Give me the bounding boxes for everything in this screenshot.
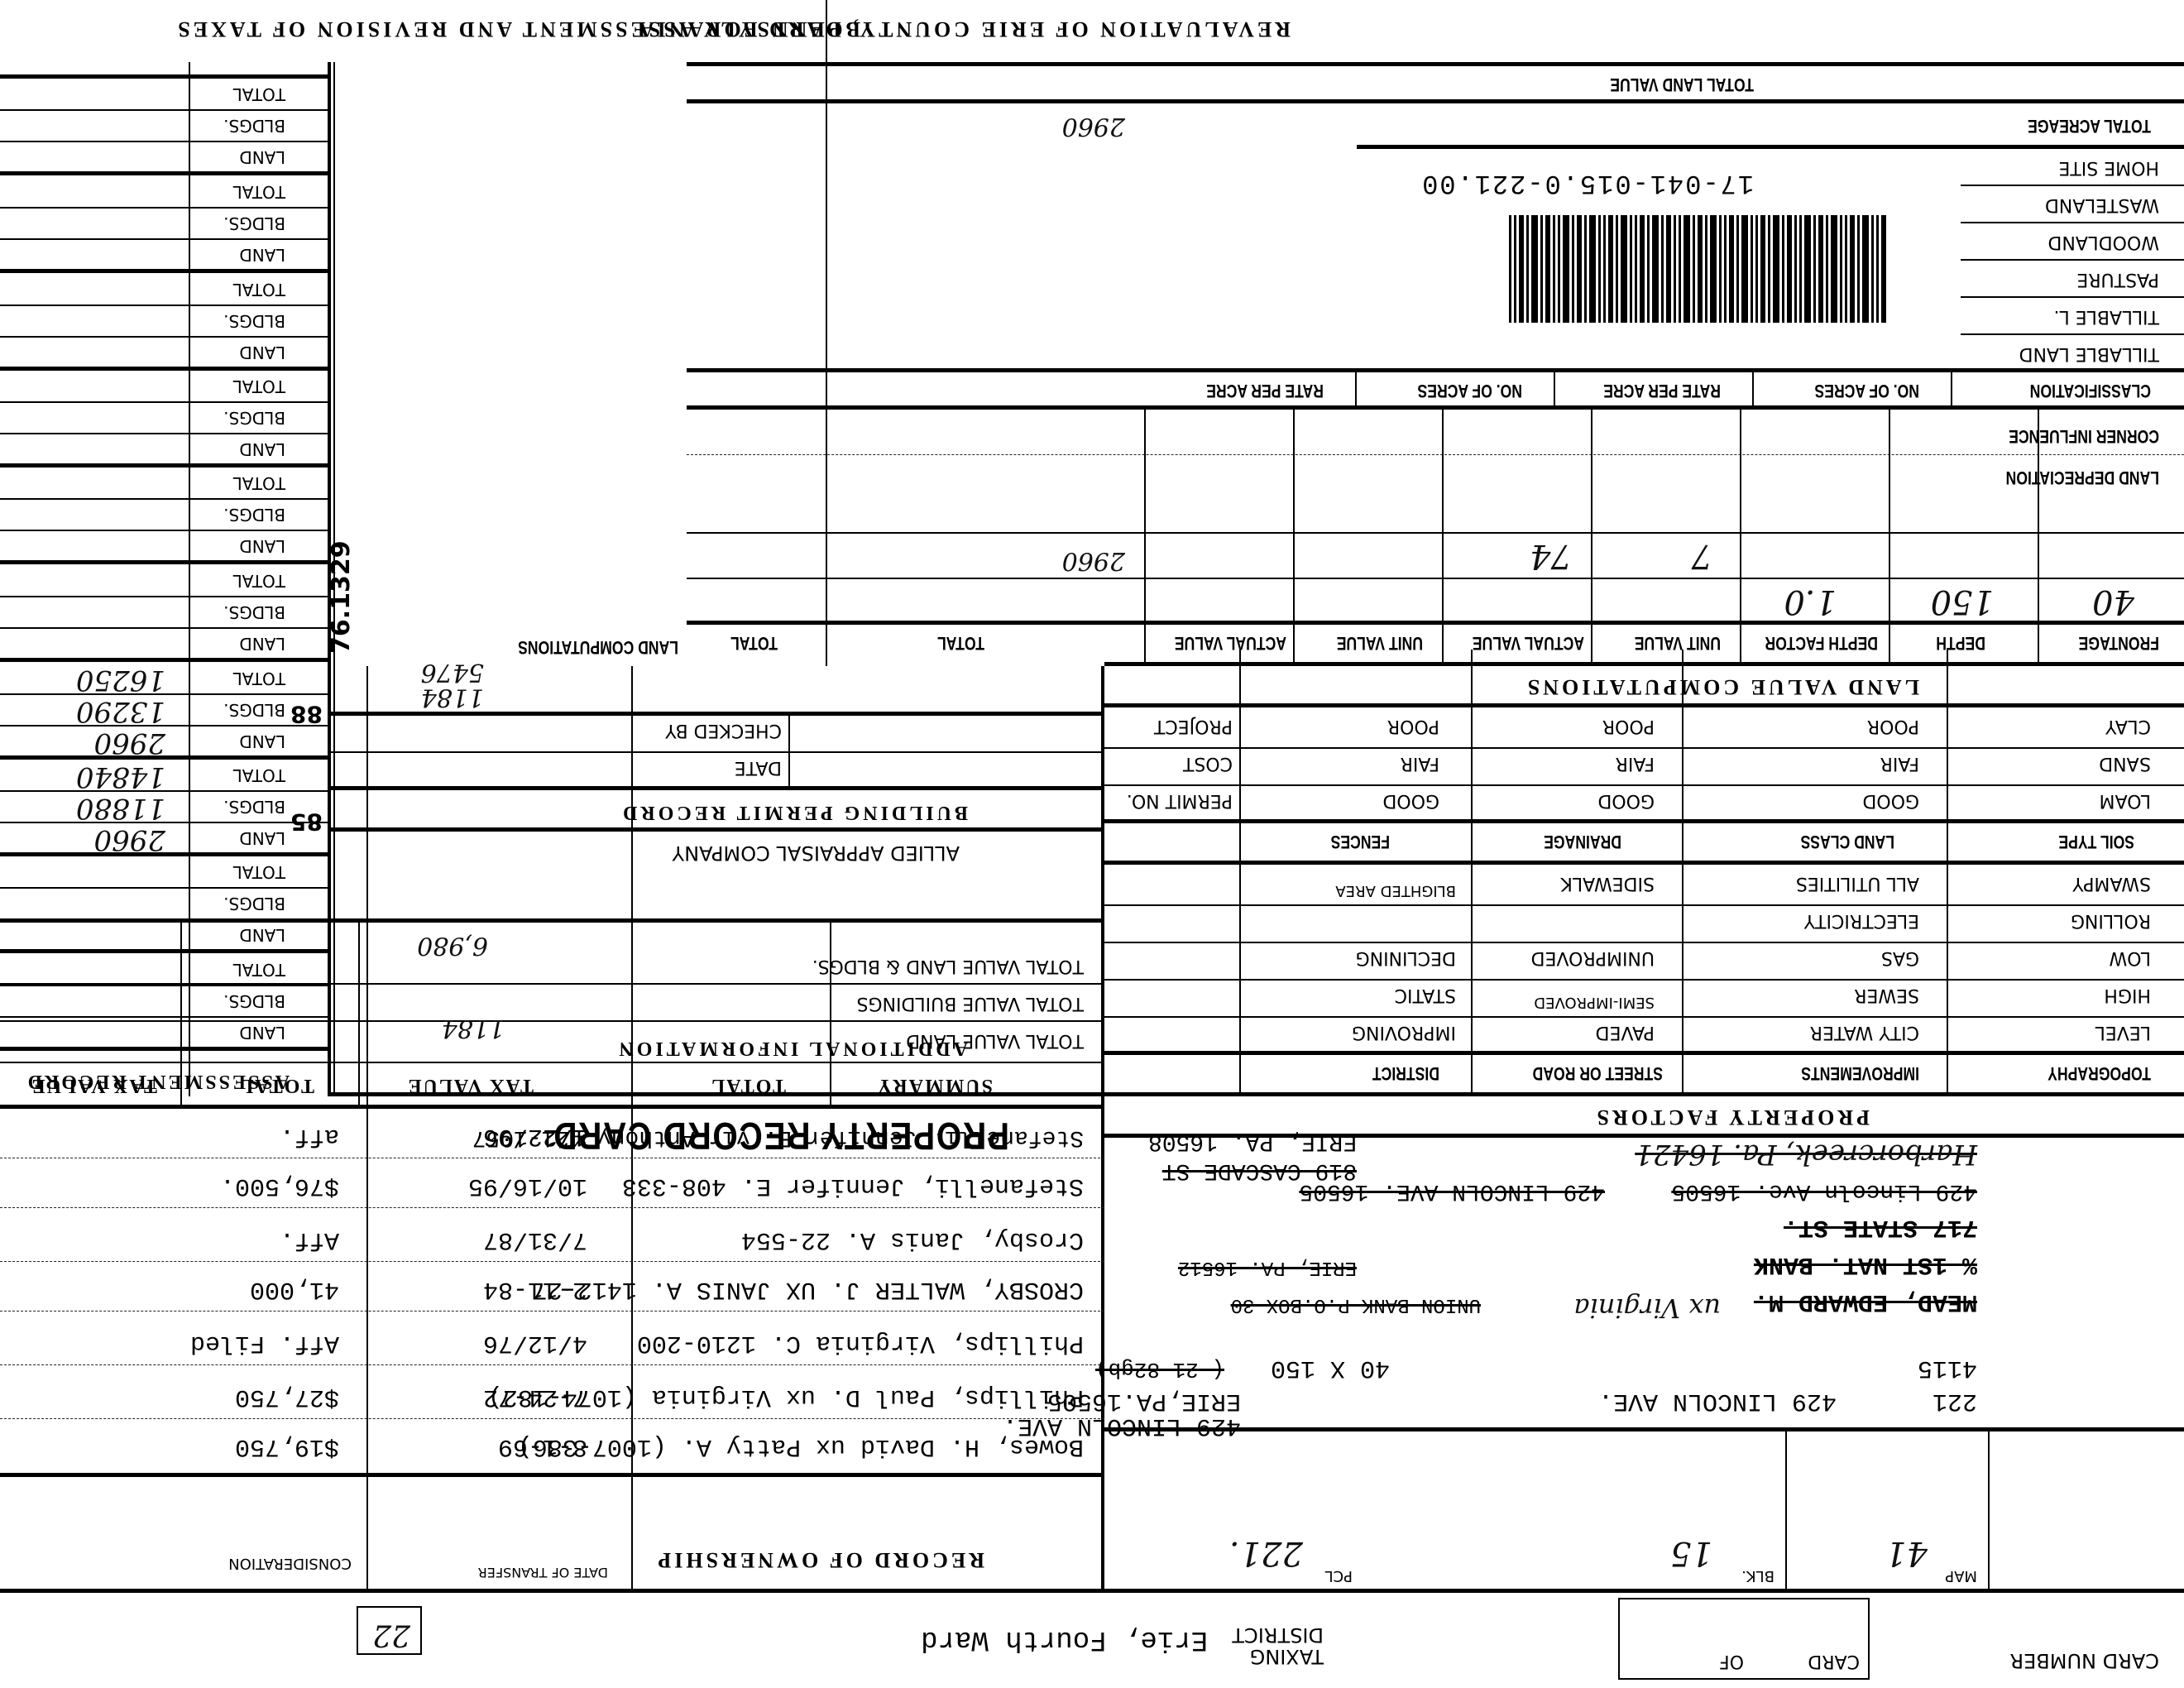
lv-note-1: 74 xyxy=(1530,537,1572,575)
lv-frontage-value: 40 xyxy=(2092,583,2134,621)
assessment-label-land: LAND xyxy=(239,634,285,654)
classification-label: CLASSIFICATION xyxy=(2030,380,2151,401)
property-record-card-title: PROPERTY RECORD CARD xyxy=(553,1114,1010,1158)
card-of-box: CARD OF xyxy=(1618,1598,1870,1680)
corner-influence-label: CORNER INFLUENCE xyxy=(2009,425,2159,447)
pf-header-soil-type: SOIL TYPE xyxy=(2058,831,2134,852)
assessment-label-land: LAND xyxy=(239,1023,285,1043)
assessment-label-total: TOTAL xyxy=(233,960,285,980)
pf-unimproved: UNIMPROVED xyxy=(1531,947,1655,968)
pf-gas: GAS xyxy=(1881,947,1919,968)
additional-note-2: 6,980 xyxy=(417,931,488,960)
pf-header-street: STREET OR ROAD xyxy=(1533,1062,1663,1084)
pf-fe-good: GOOD xyxy=(1382,790,1439,811)
lv-header-actual-value-1: ACTUAL VALUE xyxy=(1473,632,1584,654)
assessment-label-bldgs: BLDGS. xyxy=(223,408,285,428)
assessment-label-total: TOTAL xyxy=(233,280,285,300)
pf-header-land-class: LAND CLASS xyxy=(1801,831,1894,852)
lv-header-depth-factor: DEPTH FACTOR xyxy=(1765,632,1878,654)
ownership-row-4-date: 2-11-84 xyxy=(483,1275,587,1303)
pf-sidewalk: SIDEWALK xyxy=(1560,873,1655,894)
ownership-row-7-consideration: aff. xyxy=(280,1122,339,1150)
pf-header-topography: TOPOGRAPHY xyxy=(2047,1062,2151,1084)
total-land-value-handwritten: 2960 xyxy=(1062,112,1125,141)
pf-lc-good: GOOD xyxy=(1862,790,1919,811)
assessment-label-total: TOTAL xyxy=(233,669,285,688)
assessment-label-land: LAND xyxy=(239,245,285,265)
pf-header-improvements: IMPROVEMENTS xyxy=(1801,1062,1919,1084)
pcl-label: PCL xyxy=(1325,1567,1353,1585)
date-label: DATE xyxy=(735,757,782,778)
no-of-acres-1: NO. OF ACRES xyxy=(1815,380,1919,401)
pf-low: LOW xyxy=(2109,947,2151,968)
assessment-label-total: TOTAL xyxy=(233,765,285,785)
lot-number: 221 xyxy=(1933,1387,1977,1415)
assessment-label-bldgs: BLDGS. xyxy=(223,797,285,817)
project-label: PROJECT xyxy=(1154,716,1233,736)
pf-level: LEVEL xyxy=(2095,1022,2151,1043)
pf-all-utilities: ALL UTILITIES xyxy=(1796,873,1919,894)
additional-information-title: ADDITIONAL INFORMATION xyxy=(615,1037,968,1059)
no-of-acres-2: NO. OF ACRES xyxy=(1418,380,1522,401)
ownership-title: RECORD OF OWNERSHIP xyxy=(654,1547,984,1572)
woodland-label: WOODLAND xyxy=(2047,232,2159,252)
property-record-card: CARD NUMBER CARD OF TAXING DISTRICT Erie… xyxy=(0,0,2184,1688)
assessment-88-land: 2960 xyxy=(93,727,165,760)
blk-label: BLK. xyxy=(1741,1567,1774,1585)
assessment-label-total: TOTAL xyxy=(233,376,285,396)
lv-header-total-2: TOTAL xyxy=(730,632,778,654)
ownership-row-6-date: 10/16/95 xyxy=(468,1172,587,1200)
ownership-row-6-owner: Stefanelli, Jennifer E. 408-333 xyxy=(622,1172,1084,1200)
assessment-label-bldgs: BLDGS. xyxy=(223,700,285,720)
ownership-row-4-owner: CROSBY, WALTER J. UX JANIS A. 1412-27 xyxy=(533,1275,1084,1303)
pf-semi-improved: SEMI-IMPROVED xyxy=(1514,995,1655,1009)
pf-header-drainage: DRAINAGE xyxy=(1544,831,1621,852)
pf-dr-good: GOOD xyxy=(1597,790,1655,811)
lv-depth-value: 150 xyxy=(1931,583,1994,621)
assessment-label-land: LAND xyxy=(239,147,285,167)
lot-dimensions: 40 X 150 xyxy=(1271,1354,1390,1382)
map-label: MAP xyxy=(1945,1567,1977,1585)
ownership-row-2-consideration: $27,750 xyxy=(235,1383,339,1411)
pf-high: HIGH xyxy=(2104,985,2151,1005)
land-value-computations-title: LAND VALUE COMPUTATIONS xyxy=(1525,674,1919,699)
ownership-row-1-consideration: $19,750 xyxy=(235,1432,339,1460)
ownership-row-1-owner: Bowes, H. David ux Patty A. (1007-386) xyxy=(518,1432,1084,1460)
assessment-label-land: LAND xyxy=(239,439,285,459)
land-depreciation-label: LAND DEPRECIATION xyxy=(2006,467,2159,488)
home-site-label: HOME SITE xyxy=(2058,157,2159,178)
owner-line-4: 429 Lincoln Ave. 16505 xyxy=(1671,1178,1977,1204)
ownership-row-5-date: 7/31/87 xyxy=(483,1225,587,1254)
owner-right-4: 819 CASCADE ST xyxy=(1162,1158,1357,1183)
rate-per-acre-2: RATE PER ACRE xyxy=(1206,380,1324,401)
assessment-label-land: LAND xyxy=(239,828,285,848)
assessment-label-total: TOTAL xyxy=(233,571,285,591)
pf-lc-poor: POOR xyxy=(1867,716,1919,736)
pf-improving: IMPROVING xyxy=(1352,1022,1456,1043)
property-code: 4115 xyxy=(1918,1354,1977,1382)
assessment-label-total: TOTAL xyxy=(233,182,285,202)
pasture-label: PASTURE xyxy=(2076,269,2159,290)
district-box: 22 xyxy=(357,1606,422,1655)
blk-value: 15 xyxy=(1670,1534,1712,1572)
ownership-row-3-date: 4/12/76 xyxy=(483,1329,587,1357)
assessment-label-bldgs: BLDGS. xyxy=(223,602,285,622)
land-comp-note-2: 5476 xyxy=(421,658,484,687)
old-reference: (-21-82gb) xyxy=(1095,1357,1224,1382)
pf-loam: LOAM xyxy=(2100,790,2151,811)
total-acreage-label: TOTAL ACREAGE xyxy=(2028,115,2151,137)
consideration-label: CONSIDERATION xyxy=(228,1555,352,1572)
assessment-label-land: LAND xyxy=(239,536,285,556)
ownership-row-4-consideration: 41,000 xyxy=(250,1275,339,1303)
pf-sand: SAND xyxy=(2099,753,2151,774)
ownership-row-3-owner: Phillips, Virginia C. 1210-200 xyxy=(637,1329,1084,1357)
assessment-label-bldgs: BLDGS. xyxy=(223,311,285,331)
pf-blighted-area: BLIGHTED AREA xyxy=(1332,883,1456,898)
assessment-record-title: ASSESSMENT RECORD xyxy=(26,1070,290,1092)
assessment-label-land: LAND xyxy=(239,343,285,362)
total-land-value-label: TOTAL LAND VALUE xyxy=(1610,74,1754,95)
assessment-85-total: 14840 xyxy=(76,760,165,794)
owner-right-5: ERIE, PA. 16508 xyxy=(1148,1129,1357,1154)
property-location: 429 LINCOLN AVE. xyxy=(1598,1387,1837,1415)
pf-sewer: SEWER xyxy=(1854,985,1919,1005)
lv-header-unit-value-1: UNIT VALUE xyxy=(1635,632,1721,654)
lv-header-unit-value-2: UNIT VALUE xyxy=(1337,632,1423,654)
pf-header-fences: FENCES xyxy=(1331,831,1390,852)
footer-left-title: BOARD FOR ASSESSMENT AND REVISION OF TAX… xyxy=(175,17,860,41)
assessment-label-bldgs: BLDGS. xyxy=(223,894,285,914)
pf-fe-fair: FAIR xyxy=(1401,753,1439,774)
pf-paved: PAVED xyxy=(1596,1022,1655,1043)
lv-header-depth: DEPTH xyxy=(1936,632,1985,654)
barcode xyxy=(1509,215,1886,323)
pf-dr-fair: FAIR xyxy=(1616,753,1655,774)
building-permit-title: BUILDING PERMIT RECORD xyxy=(620,801,968,823)
pf-swampy: SWAMPY xyxy=(2072,873,2151,894)
owner-right-1: UNION BANK P.O.BOX 30 xyxy=(1231,1293,1481,1316)
ownership-row-2-date: 7-24-72 xyxy=(483,1383,587,1411)
assessment-label-total: TOTAL xyxy=(233,862,285,882)
lv-note-3: 2960 xyxy=(1062,546,1125,575)
additional-note-1: 1184 xyxy=(442,1014,505,1043)
assessment-label-bldgs: BLDGS. xyxy=(223,213,285,233)
assessment-label-bldgs: BLDGS. xyxy=(223,505,285,525)
tillable-l-label: TILLABLE L. xyxy=(2054,306,2160,327)
owner-line-1: MEAD, EDWARD M. xyxy=(1754,1288,1977,1316)
summary-row-land-bldgs: TOTAL VALUE LAND & BLDGS. xyxy=(812,956,1084,976)
pf-electricity: ELECTRICITY xyxy=(1804,910,1919,931)
assessment-year-88: 88 xyxy=(290,701,323,728)
lv-note-2: 7 xyxy=(1692,537,1712,575)
rate-per-acre-1: RATE PER ACRE xyxy=(1603,380,1721,401)
ownership-row-5-owner: Crosby, Janis A. 22-554 xyxy=(741,1225,1084,1254)
property-factors-title: PROPERTY FACTORS xyxy=(1594,1105,1870,1129)
assessment-85-bldgs: 11880 xyxy=(76,792,165,825)
taxing-district-value: Erie, Fourth Ward xyxy=(921,1623,1208,1655)
assessment-88-total: 16250 xyxy=(76,664,165,697)
lv-header-actual-value-2: ACTUAL VALUE xyxy=(1175,632,1286,654)
cost-label: COST xyxy=(1183,753,1233,774)
permit-no-label: PERMIT NO. xyxy=(1127,790,1233,811)
assessment-label-bldgs: BLDGS. xyxy=(223,116,285,136)
pf-static: STATIC xyxy=(1395,985,1456,1005)
owner-line-5: Harborcreek, Pa. 16421 xyxy=(1635,1138,1977,1171)
pf-lc-fair: FAIR xyxy=(1880,753,1919,774)
ownership-row-5-consideration: Aff. xyxy=(280,1225,339,1254)
land-computations-title: LAND COMPUTATIONS xyxy=(518,636,678,658)
lv-header-total-1: TOTAL xyxy=(937,632,984,654)
map-value: 41 xyxy=(1885,1534,1928,1572)
pf-clay: CLAY xyxy=(2105,716,2151,736)
owner-line-1-note: ux Virginia xyxy=(1573,1292,1721,1324)
checked-by-label: CHECKED BY xyxy=(665,720,782,741)
assessment-year-85: 85 xyxy=(290,808,323,836)
pcl-value: 221. xyxy=(1229,1534,1303,1572)
card-number-label: CARD NUMBER xyxy=(2010,1650,2160,1671)
assessment-label-total: TOTAL xyxy=(233,84,285,104)
pf-header-district: DISTRICT xyxy=(1372,1062,1439,1084)
pf-dr-poor: POOR xyxy=(1602,716,1655,736)
assessment-85-land: 2960 xyxy=(93,823,165,856)
owner-line-3: 717 STATE ST. xyxy=(1784,1213,1977,1241)
owner-line-2: % 1ST NAT. BANK xyxy=(1754,1250,1977,1278)
owner-right-2: ERIE, PA. 16512 xyxy=(1178,1256,1357,1278)
allied-appraisal-company: ALLIED APPRAISAL COMPANY xyxy=(673,842,960,865)
assessment-label-land: LAND xyxy=(239,731,285,751)
summary-row-buildings: TOTAL VALUE BUILDINGS xyxy=(857,993,1084,1014)
lv-depth-factor-value: 1.0 xyxy=(1784,583,1837,621)
assessment-label-total: TOTAL xyxy=(233,473,285,493)
assessment-label-bldgs: BLDGS. xyxy=(223,991,285,1011)
pf-declining: DECLINING xyxy=(1356,947,1456,968)
barcode-number: 17-041-015.0-221.00 xyxy=(1420,168,1754,199)
assessment-label-land: LAND xyxy=(239,925,285,945)
taxing-district-label: TAXING DISTRICT xyxy=(1216,1624,1324,1667)
date-of-transfer-label: DATE OF TRANSFER xyxy=(478,1565,608,1580)
pf-rolling: ROLLING xyxy=(2071,910,2151,931)
assessment-88-bldgs: 13290 xyxy=(76,695,165,728)
ownership-row-1-date: 8-1-69 xyxy=(498,1432,587,1460)
tillable-land-label: TILLABLE LAND xyxy=(2019,343,2159,364)
wasteland-label: WASTELAND xyxy=(2045,194,2159,215)
pf-fe-poor: POOR xyxy=(1387,716,1439,736)
pf-city-water: CITY WATER xyxy=(1810,1022,1919,1043)
land-comp-note-1: 1184 xyxy=(421,683,484,712)
assessment-stamp-1: 76.1329 xyxy=(327,540,356,654)
ownership-row-6-consideration: $76,500. xyxy=(220,1172,339,1200)
lv-header-frontage: FRONTAGE xyxy=(2079,632,2159,654)
ownership-row-3-consideration: Aff. Filed xyxy=(190,1329,339,1357)
